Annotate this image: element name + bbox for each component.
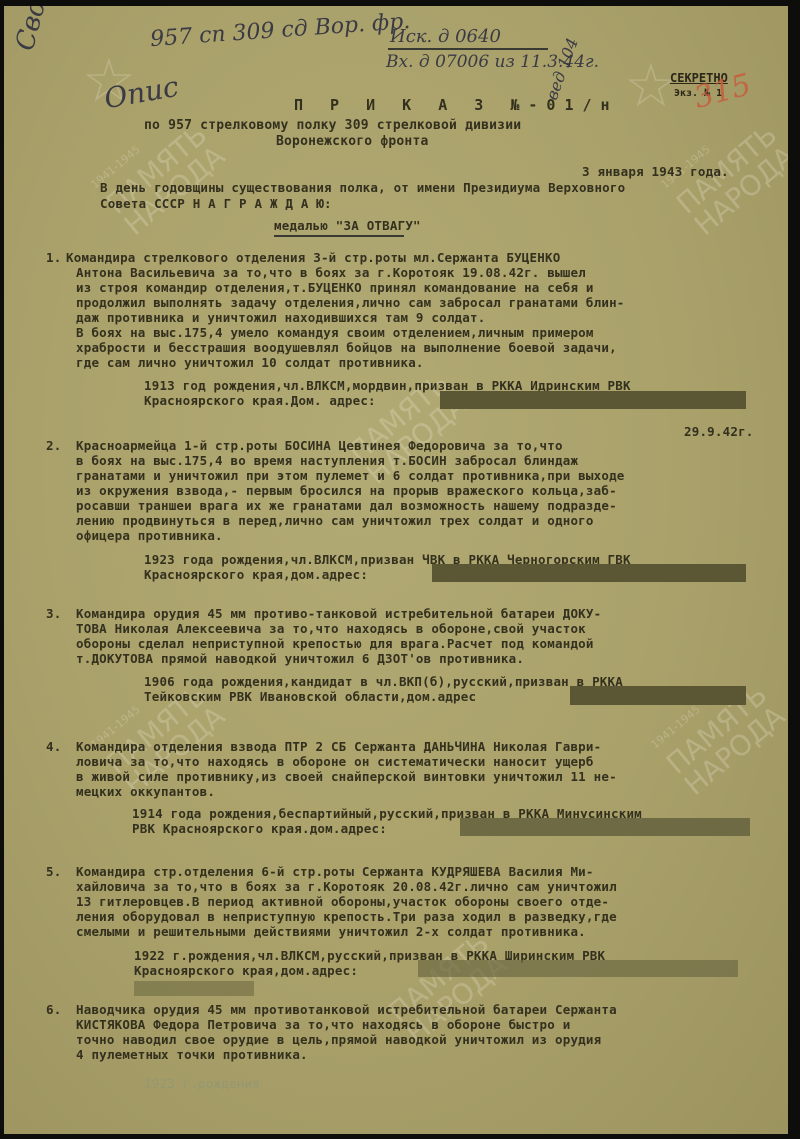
medal-heading: медалью "ЗА ОТВАГУ"	[274, 218, 421, 233]
redacted-address	[460, 818, 750, 836]
entry-bio: Красноярского края,дом.адрес:	[134, 963, 358, 978]
ref-underline	[388, 48, 548, 50]
watermark: 1941-1945ПАМЯТЬНАРОДА	[644, 659, 788, 801]
preamble-line-1: В день годовщины существования полка, от…	[100, 180, 625, 195]
entry-line: лению продвинуться в перед,лично сам уни…	[76, 513, 594, 528]
preamble-line-2: Совета СССР Н А Г Р А Ж Д А Ю:	[100, 196, 332, 211]
entry-number: 1.	[46, 250, 61, 265]
entry-line: Наводчика орудия 45 мм противотанковой и…	[76, 1002, 617, 1017]
entry-line: КИСТЯКОВА Федора Петровича за то,что нах…	[76, 1017, 570, 1032]
handwritten-ref: Иск. д 0640	[390, 26, 501, 47]
entry-bio: Тейковским РВК Ивановской области,дом.ад…	[144, 689, 476, 704]
entry-line: Антона Васильевича за то,что в боях за г…	[76, 265, 586, 280]
entry-number: 4.	[46, 739, 61, 754]
entry-line: где сам лично уничтожил 10 солдат против…	[76, 355, 424, 370]
redacted-address	[432, 564, 746, 582]
document-page: ☆ 1941-1945ПАМЯТЬНАРОДА ☆ 1941-1945ПАМЯТ…	[4, 6, 788, 1134]
entry-line: из окружения взвода,- первым бросился на…	[76, 483, 617, 498]
entry-line: т.ДОКУТОВА прямой наводкой уничтожил 6 Д…	[76, 651, 524, 666]
medal-underline	[274, 235, 404, 237]
watermark-star-icon: ☆	[624, 51, 678, 121]
entry-line: Командира отделения взвода ПТР 2 СБ Серж…	[76, 739, 601, 754]
entry-line: Командира стрелкового отделения 3-й стр.…	[66, 250, 560, 265]
entry-line: точно наводил свое орудие в цель,прямой …	[76, 1032, 601, 1047]
entry-line: 4 пулеметных точки противника.	[76, 1047, 308, 1062]
entry-line: росавши траншеи врага их же гранатами да…	[76, 498, 617, 513]
redacted-address	[418, 960, 738, 977]
entry-line: гранатами и уничтожил при этом пулемет и…	[76, 468, 625, 483]
entry-number: 6.	[46, 1002, 61, 1017]
entry-line: Командира орудия 45 мм противо-танковой …	[76, 606, 601, 621]
entry-line: смелыми и решительными действиями уничто…	[76, 924, 586, 939]
entry-line: продолжил выполнять задачу отделения,лич…	[76, 295, 625, 310]
entry-line: в боях на выс.175,4 во время наступления…	[76, 453, 578, 468]
entry-bio: Красноярского края,дом.адрес:	[144, 567, 368, 582]
entry-line: ловича за то,что находясь в обороне он с…	[76, 754, 594, 769]
entry-bio: Красноярского края.Дом. адрес:	[144, 393, 376, 408]
order-unit-line: по 957 стрелковому полку 309 стрелковой …	[144, 118, 521, 133]
entry-line: Красноармейца 1-й стр.роты БОСИНА Цевтин…	[76, 438, 563, 453]
handwritten-unit-note: 957 сп 309 сд Вор. фр.	[149, 9, 411, 52]
redacted-address	[134, 981, 254, 996]
entry-bio: 1906 года рождения,кандидат в чл.ВКП(б),…	[144, 674, 623, 689]
entry-bio-faded: 1923 г.рождения	[144, 1076, 260, 1091]
entry-line: даж противника и уничтожил находившихся …	[76, 310, 485, 325]
handwritten-margin-note: Свод	[10, 6, 56, 54]
entry-line: 13 гитлеровцев.В период активной обороны…	[76, 894, 609, 909]
entry-line: в живой силе противнику,из своей снайпер…	[76, 769, 617, 784]
order-title: П Р И К А З №-01/н	[294, 96, 619, 114]
entry-number: 3.	[46, 606, 61, 621]
entry-line: из строя командир отделения,т.БУЦЕНКО пр…	[76, 280, 594, 295]
redacted-address	[440, 391, 746, 409]
entry-line: хайловича за то,что в боях за г.Коротояк…	[76, 879, 617, 894]
entry-line: ТОВА Николая Алексеевича за то,что наход…	[76, 621, 586, 636]
entry-line: Командира стр.отделения 6-й стр.роты Сер…	[76, 864, 594, 879]
entry-bio: РВК Красноярского края.дом.адрес:	[132, 821, 387, 836]
entry-line: обороны сделал неприступной крепостью дл…	[76, 636, 594, 651]
entry-number: 2.	[46, 438, 61, 453]
entry-line: храбрости и бесстрашия воодушевлял бойцо…	[76, 340, 617, 355]
order-front-line: Воронежского фронта	[276, 134, 429, 149]
entry-line: В боях на выс.175,4 умело командуя своим…	[76, 325, 594, 340]
entry-line: ления оборудовал в неприступную крепость…	[76, 909, 617, 924]
entry-date-note: 29.9.42г.	[684, 424, 754, 439]
entry-number: 5.	[46, 864, 61, 879]
entry-line: офицера противника.	[76, 528, 223, 543]
redacted-address	[570, 686, 746, 705]
entry-line: мецких оккупантов.	[76, 784, 215, 799]
order-date: 3 января 1943 года.	[582, 164, 729, 179]
